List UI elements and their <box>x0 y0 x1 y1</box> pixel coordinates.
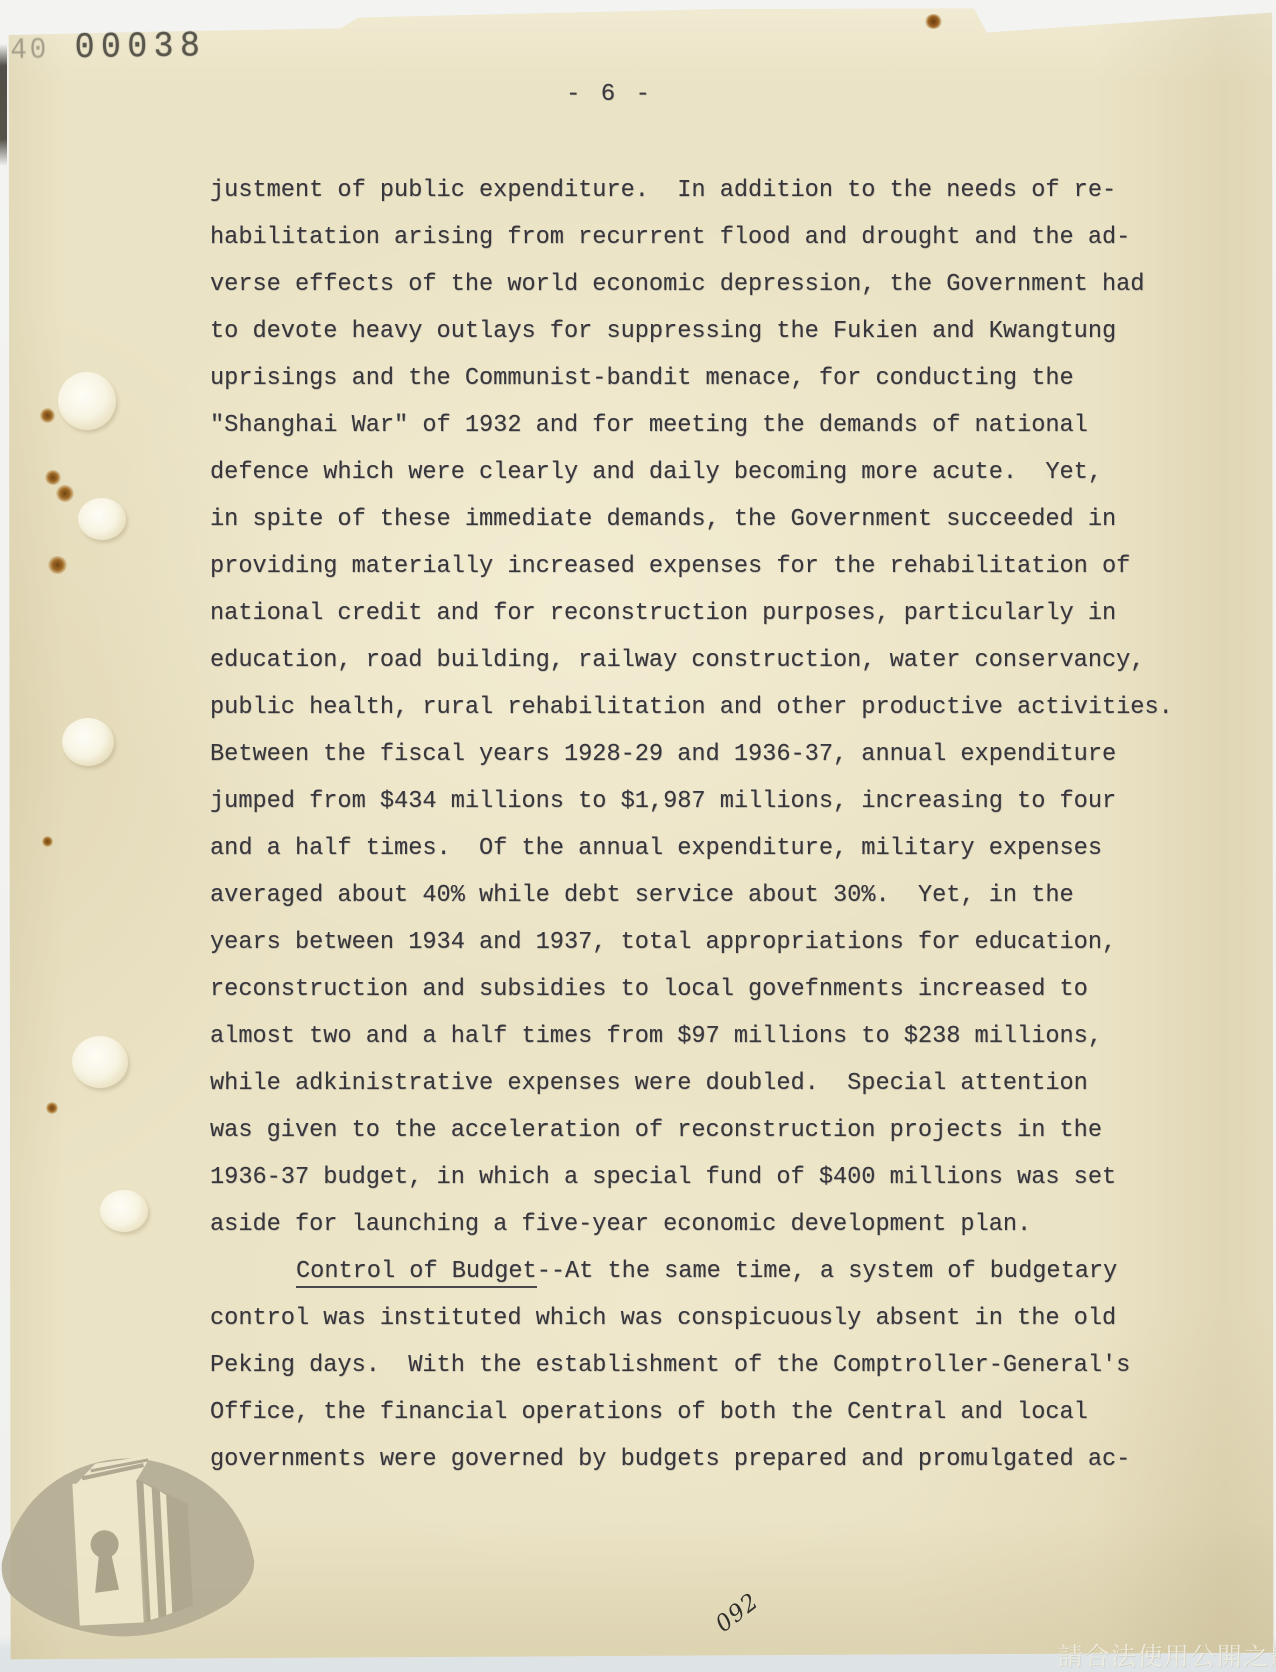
rust-hole-dot <box>46 1102 58 1114</box>
text-line: providing materially increased expenses … <box>210 543 1173 590</box>
text-line: almost two and a half times from $97 mil… <box>210 1013 1173 1060</box>
text-line: governments were governed by budgets pre… <box>210 1436 1173 1483</box>
paper-damage-spot <box>72 1036 128 1088</box>
rust-hole-dot <box>45 470 61 485</box>
text-line: and a half times. Of the annual expendit… <box>210 825 1173 872</box>
page-number: - 6 - <box>566 81 653 108</box>
body-text: justment of public expenditure. In addit… <box>210 167 1173 1483</box>
text-line: "Shanghai War" of 1932 and for meeting t… <box>210 402 1173 449</box>
paragraph-heading-suffix: --At the same time, a system of budgetar… <box>537 1258 1118 1285</box>
rust-hole-dot <box>42 836 53 847</box>
paper-damage-spot <box>62 718 114 766</box>
text-line: verse effects of the world economic depr… <box>210 261 1173 308</box>
text-line: to devote heavy outlays for suppressing … <box>210 308 1173 355</box>
text-line: aside for launching a five-year economic… <box>210 1201 1173 1248</box>
text-line: years between 1934 and 1937, total appro… <box>210 919 1173 966</box>
text-line: jumped from $434 millions to $1,987 mill… <box>210 778 1173 825</box>
text-line: control was instituted which was conspic… <box>210 1295 1173 1342</box>
paper-damage-spot <box>78 498 126 540</box>
text-line: 1936-37 budget, in which a special fund … <box>210 1154 1173 1201</box>
text-line: national credit and for reconstruction p… <box>210 590 1173 637</box>
text-line: defence which were clearly and daily bec… <box>210 449 1173 496</box>
text-line: was given to the acceleration of reconst… <box>210 1107 1173 1154</box>
text-line: education, road building, railway constr… <box>210 637 1173 684</box>
paragraph-heading-line: Control of Budget--At the same time, a s… <box>210 1248 1173 1295</box>
brown-stain <box>925 14 942 29</box>
text-line: Office, the financial operations of both… <box>210 1389 1173 1436</box>
text-line: Between the fiscal years 1928-29 and 193… <box>210 731 1173 778</box>
archive-number-stamp: 40 00038 <box>10 25 207 69</box>
paragraph-heading: Control of Budget <box>296 1258 537 1288</box>
text-line: Peking days. With the establishment of t… <box>210 1342 1173 1389</box>
text-line: in spite of these immediate demands, the… <box>210 496 1173 543</box>
scan-background: { "page": { "stamp_prefix": "40", "stamp… <box>0 0 1276 1672</box>
text-line: while adkinistrative expenses were doubl… <box>210 1060 1173 1107</box>
paper-damage-spot <box>100 1190 148 1232</box>
stamp-number: 00038 <box>74 25 206 68</box>
scan-edge-mark <box>0 44 7 166</box>
rust-hole-dot <box>48 556 67 574</box>
text-line: habilitation arising from recurrent floo… <box>210 214 1173 261</box>
text-line: justment of public expenditure. In addit… <box>210 167 1173 214</box>
rust-hole-dot <box>40 408 55 423</box>
stamp-prefix: 40 <box>10 33 49 68</box>
rust-hole-dot <box>56 485 74 502</box>
text-line: uprisings and the Communist-bandit menac… <box>210 355 1173 402</box>
text-line: averaged about 40% while debt service ab… <box>210 872 1173 919</box>
text-line: public health, rural rehabilitation and … <box>210 684 1173 731</box>
text-line: reconstruction and subsidies to local go… <box>210 966 1173 1013</box>
paper-damage-spot <box>58 372 116 430</box>
cjk-usage-watermark: 請合法使用公開之影像 <box>1058 1637 1276 1672</box>
